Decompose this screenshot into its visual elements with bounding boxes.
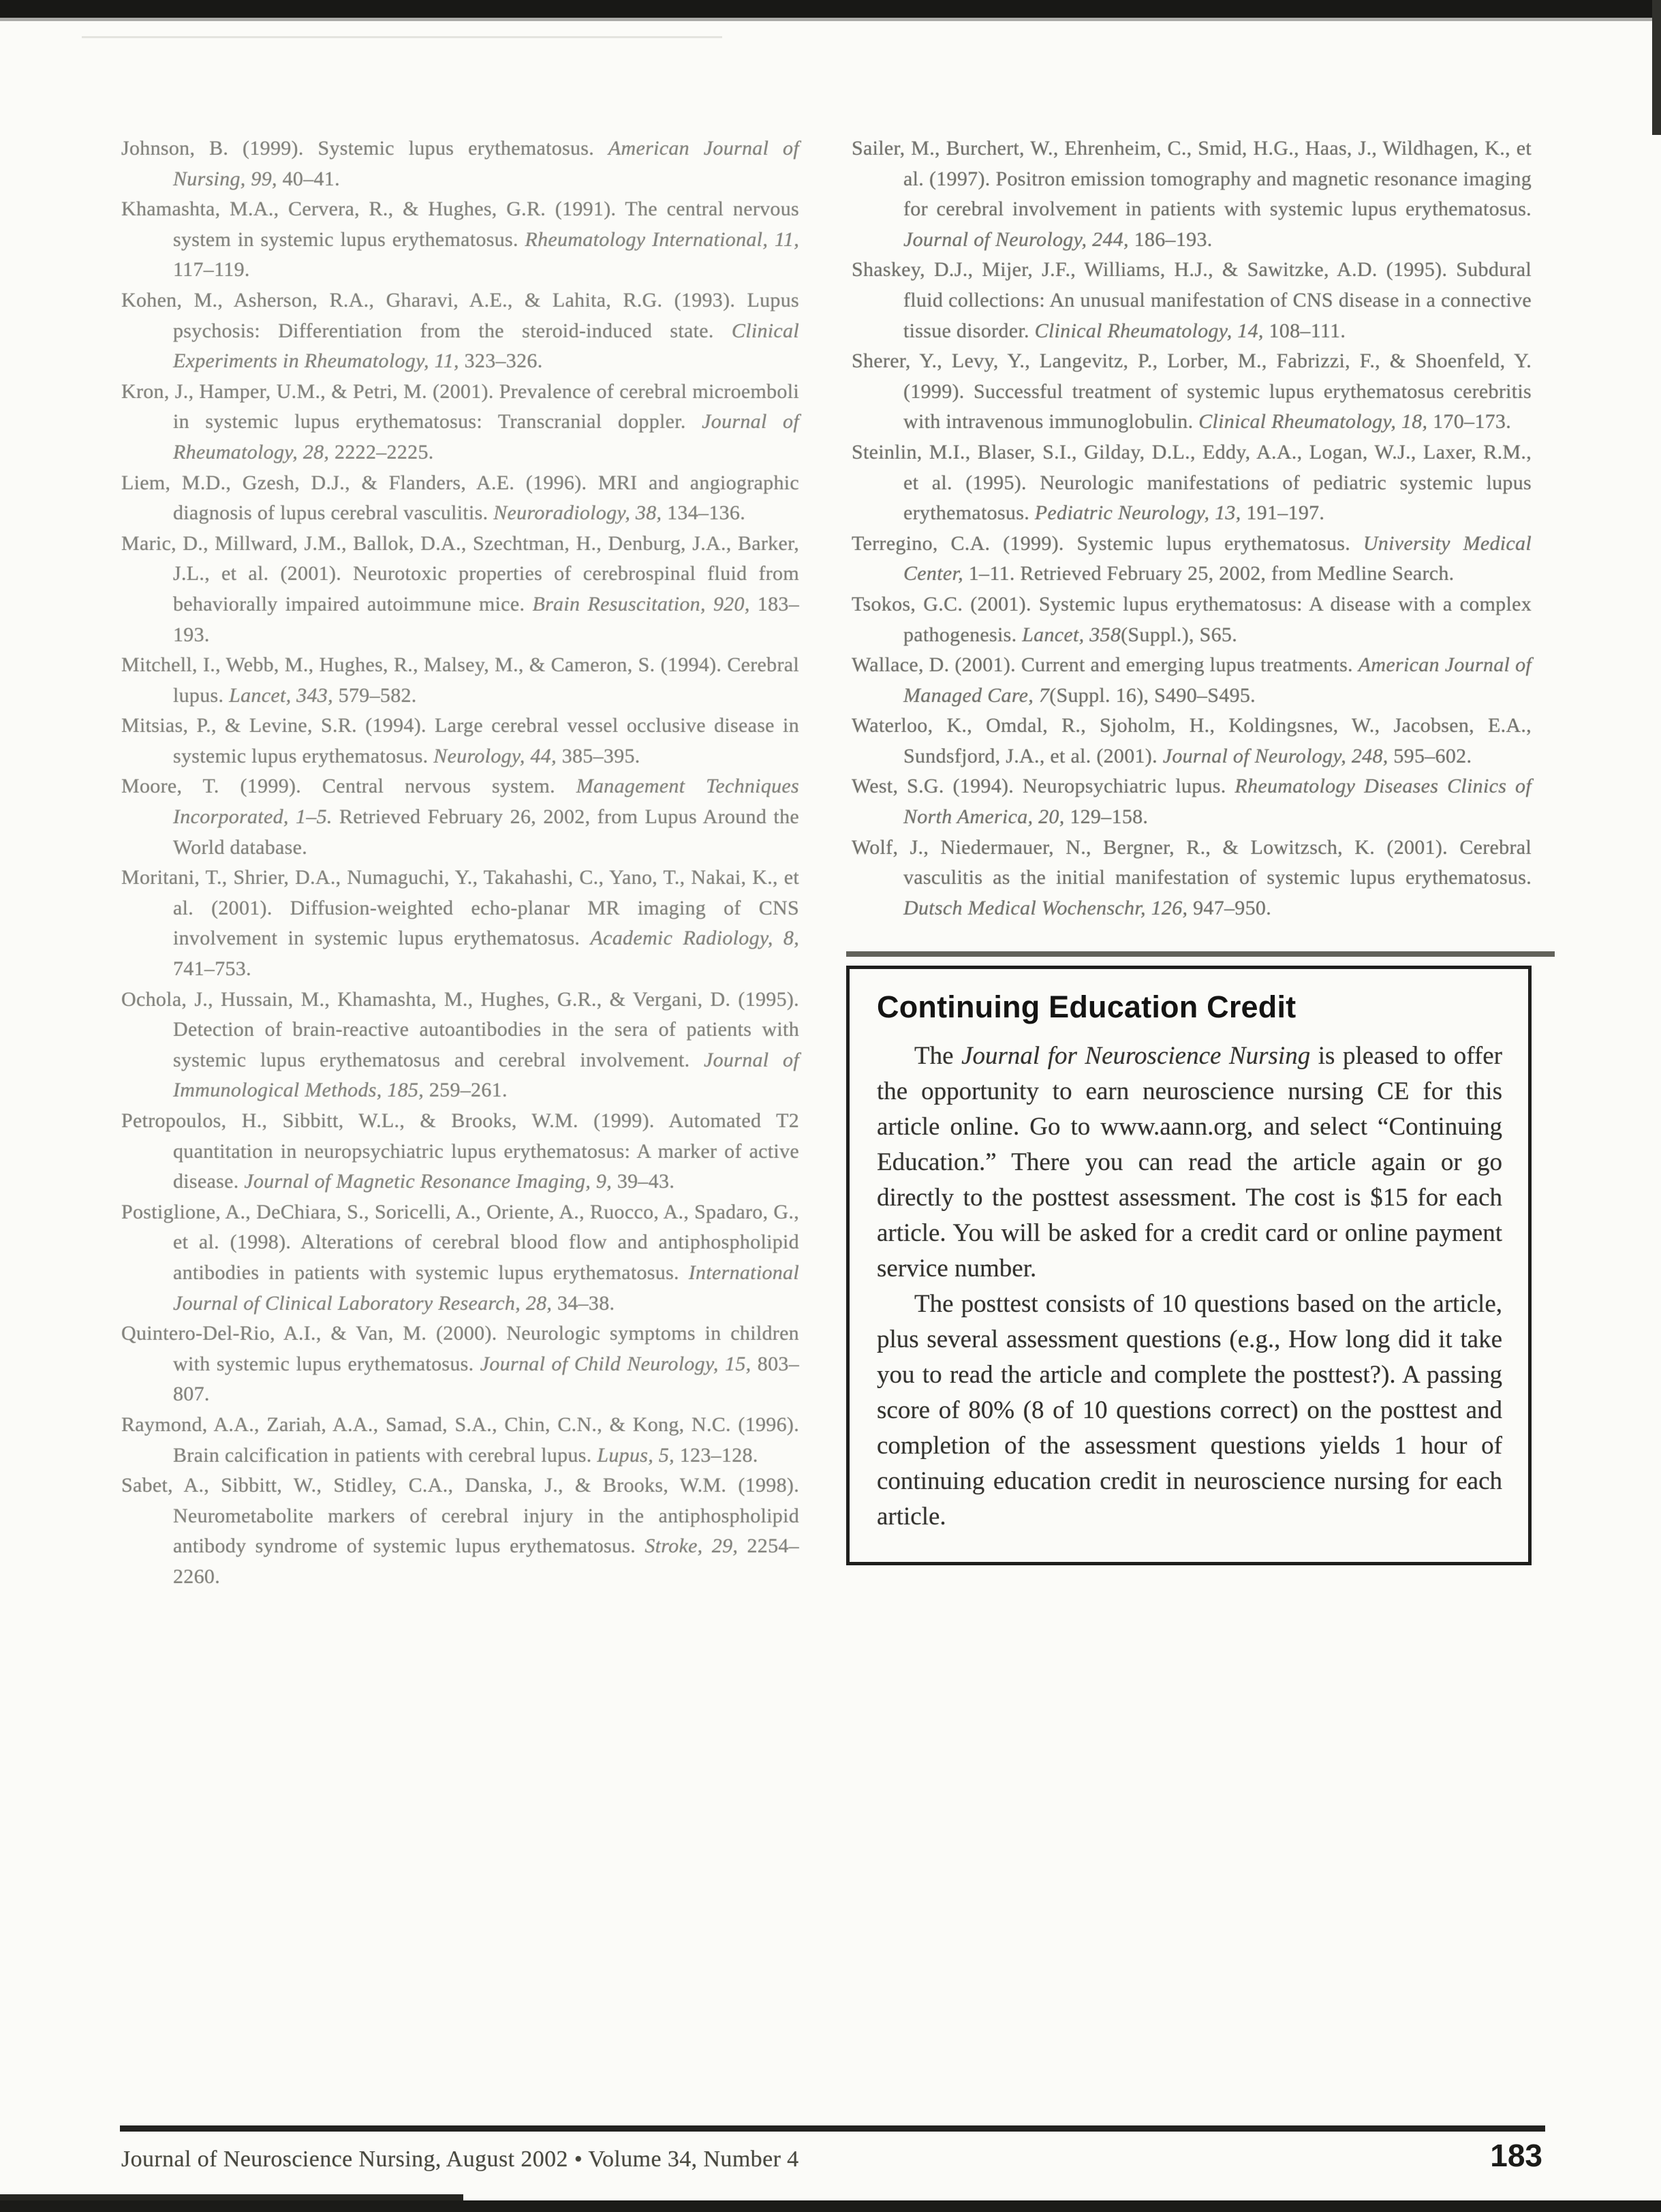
reference-item: Kohen, M., Asherson, R.A., Gharavi, A.E.… (121, 286, 799, 377)
reference-item: Khamashta, M.A., Cervera, R., & Hughes, … (121, 194, 799, 286)
reference-item: Raymond, A.A., Zariah, A.A., Samad, S.A.… (121, 1410, 799, 1471)
scan-top-edge-artifact (0, 0, 1661, 18)
ce-paragraph: The posttest consists of 10 questions ba… (877, 1287, 1502, 1535)
reference-item: Moritani, T., Shrier, D.A., Numaguchi, Y… (121, 863, 799, 984)
references-left-column: Johnson, B. (1999). Systemic lupus eryth… (121, 134, 799, 1593)
reference-item: Mitchell, I., Webb, M., Hughes, R., Mals… (121, 650, 799, 711)
page-number: 183 (1490, 2137, 1542, 2174)
reference-item: Sherer, Y., Levy, Y., Langevitz, P., Lor… (852, 346, 1532, 437)
reference-item: Steinlin, M.I., Blaser, S.I., Gilday, D.… (852, 437, 1532, 529)
reference-item: Wallace, D. (2001). Current and emerging… (852, 650, 1532, 711)
scan-artifact-line (82, 36, 722, 38)
continuing-education-box: Continuing Education Credit The Journal … (846, 966, 1532, 1565)
references-section: Johnson, B. (1999). Systemic lupus eryth… (121, 134, 1532, 1593)
footer-rule (120, 2125, 1545, 2132)
reference-item: Postiglione, A., DeChiara, S., Soricelli… (121, 1197, 799, 1319)
reference-item: Tsokos, G.C. (2001). Systemic lupus eryt… (852, 589, 1532, 650)
continuing-education-title: Continuing Education Credit (877, 989, 1502, 1025)
journal-citation: Journal of Neuroscience Nursing, August … (121, 2147, 799, 2172)
scan-bottom-edge-artifact (0, 2200, 1661, 2212)
reference-item: Maric, D., Millward, J.M., Ballok, D.A.,… (121, 529, 799, 650)
reference-item: Terregino, C.A. (1999). Systemic lupus e… (852, 529, 1532, 589)
reference-item: Sailer, M., Burchert, W., Ehrenheim, C.,… (852, 134, 1532, 255)
reference-item: Liem, M.D., Gzesh, D.J., & Flanders, A.E… (121, 468, 799, 529)
reference-item: Johnson, B. (1999). Systemic lupus eryth… (121, 134, 799, 194)
reference-item: Petropoulos, H., Sibbitt, W.L., & Brooks… (121, 1106, 799, 1197)
reference-item: Mitsias, P., & Levine, S.R. (1994). Larg… (121, 711, 799, 771)
reference-item: West, S.G. (1994). Neuropsychiatric lupu… (852, 771, 1532, 832)
reference-item: Sabet, A., Sibbitt, W., Stidley, C.A., D… (121, 1471, 799, 1592)
reference-item: Quintero-Del-Rio, A.I., & Van, M. (2000)… (121, 1319, 799, 1410)
scan-corner-artifact (1652, 0, 1661, 135)
reference-item: Moore, T. (1999). Central nervous system… (121, 771, 799, 863)
reference-item: Ochola, J., Hussain, M., Khamashta, M., … (121, 985, 799, 1106)
continuing-education-body: The Journal for Neuroscience Nursing is … (877, 1039, 1502, 1535)
page-footer: Journal of Neuroscience Nursing, August … (121, 2137, 1542, 2174)
reference-item: Kron, J., Hamper, U.M., & Petri, M. (200… (121, 377, 799, 468)
references-right-column: Sailer, M., Burchert, W., Ehrenheim, C.,… (852, 134, 1532, 1593)
ce-paragraph: The Journal for Neuroscience Nursing is … (877, 1039, 1502, 1287)
reference-item: Waterloo, K., Omdal, R., Sjoholm, H., Ko… (852, 711, 1532, 771)
reference-item: Shaskey, D.J., Mijer, J.F., Williams, H.… (852, 255, 1532, 346)
references-right-list: Sailer, M., Burchert, W., Ehrenheim, C.,… (852, 134, 1532, 923)
reference-item: Wolf, J., Niedermauer, N., Bergner, R., … (852, 833, 1532, 924)
